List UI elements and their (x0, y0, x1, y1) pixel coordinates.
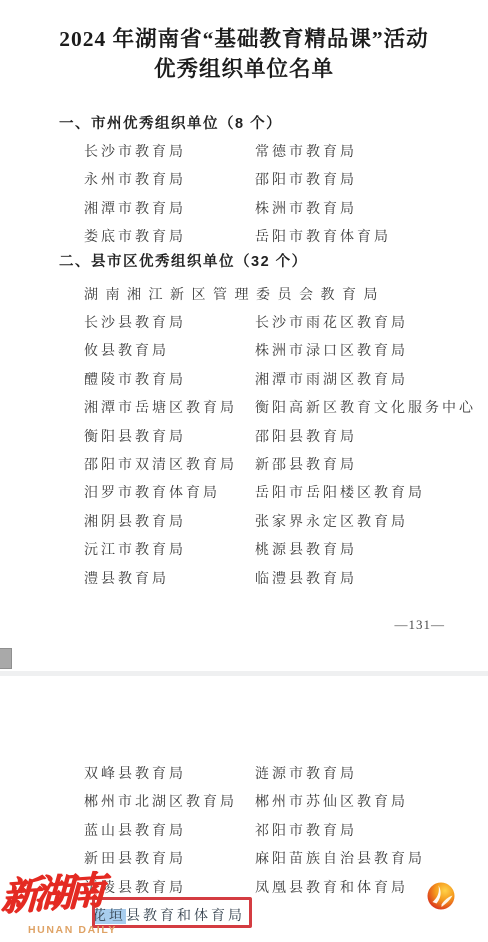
org-row: 郴州市北湖区教育局郴州市苏仙区教育局 (0, 789, 488, 817)
org-name: 醴陵市教育局 (84, 367, 186, 395)
org-name: 桃源县教育局 (255, 537, 357, 565)
hunan-daily-subtext: HUNAN DAILY (28, 924, 117, 936)
org-name: 张家界永定区教育局 (255, 509, 408, 537)
org-name: 湘阴县教育局 (84, 509, 186, 537)
page-number: —131— (395, 617, 446, 633)
org-row: 长沙县教育局长沙市雨花区教育局 (0, 310, 488, 338)
org-row: 湘潭市教育局株洲市教育局 (0, 196, 488, 224)
org-name: 湘潭市岳塘区教育局 (84, 395, 237, 423)
doc-title-line2: 优秀组织单位名单 (154, 57, 334, 81)
org-name: 蓝山县教育局 (84, 818, 186, 846)
org-name: 双峰县教育局 (84, 761, 186, 789)
org-name: 麻阳苗族自治县教育局 (255, 846, 425, 874)
org-row: 醴陵市教育局湘潭市雨湖区教育局 (0, 367, 488, 395)
org-name: 新邵县教育局 (255, 452, 357, 480)
org-row: 湘阴县教育局张家界永定区教育局 (0, 509, 488, 537)
org-row: 衡阳县教育局邵阳县教育局 (0, 424, 488, 452)
org-name: 岳阳市岳阳楼区教育局 (255, 480, 425, 508)
org-row: 双峰县教育局涟源市教育局 (0, 761, 488, 789)
org-name: 凤凰县教育和体育局 (255, 875, 408, 903)
org-name: 汨罗市教育体育局 (84, 480, 220, 508)
org-name: 株洲市教育局 (255, 196, 357, 224)
org-name: 祁阳市教育局 (255, 818, 357, 846)
org-row: 汨罗市教育体育局岳阳市岳阳楼区教育局 (0, 480, 488, 508)
doc-title-line1: 2024 年湖南省“基础教育精品课”活动 (59, 27, 428, 51)
org-name: 邵阳市教育局 (255, 167, 357, 195)
org-name: 湘潭市雨湖区教育局 (255, 367, 408, 395)
org-name: 长沙县教育局 (84, 310, 186, 338)
org-name: 长沙市雨花区教育局 (255, 310, 408, 338)
org-name: 澧县教育局 (84, 566, 169, 594)
org-row: 长沙市教育局常德市教育局 (0, 139, 488, 167)
org-name: 郴州市北湖区教育局 (84, 789, 237, 817)
org-name: 衡阳高新区教育文化服务中心 (255, 395, 476, 423)
org-name: 攸县教育局 (84, 338, 169, 366)
org-row: 湘潭市岳塘区教育局衡阳高新区教育文化服务中心 (0, 395, 488, 423)
doc-title: 2024 年湖南省“基础教育精品课”活动 优秀组织单位名单 (0, 24, 488, 84)
org-row: 沅江市教育局桃源县教育局 (0, 537, 488, 565)
section-2-first-item: 湖南湘江新区管理委员会教育局 (84, 282, 385, 310)
sphere-logo-svg (427, 882, 455, 910)
section-2-heading: 二、县市区优秀组织单位（32 个） (59, 252, 308, 272)
scrollbar-fragment (0, 648, 12, 669)
section-1-heading: 一、市州优秀组织单位（8 个） (59, 114, 282, 134)
org-name: 岳阳市教育体育局 (255, 224, 391, 252)
article-viewer: 2024 年湖南省“基础教育精品课”活动 优秀组织单位名单 一、市州优秀组织单位… (0, 0, 488, 942)
org-name: 娄底市教育局 (84, 224, 186, 252)
org-name: 邵阳市双清区教育局 (84, 452, 237, 480)
org-row: 娄底市教育局岳阳市教育体育局 (0, 224, 488, 252)
document-page-1: 2024 年湖南省“基础教育精品课”活动 优秀组织单位名单 一、市州优秀组织单位… (0, 0, 488, 671)
org-name: 株洲市渌口区教育局 (255, 338, 408, 366)
hunan-daily-logo: 新湖南 HUNAN DAILY (0, 874, 160, 922)
org-row: 澧县教育局临澧县教育局 (0, 566, 488, 594)
org-row: 蓝山县教育局祁阳市教育局 (0, 818, 488, 846)
org-row: 攸县教育局株洲市渌口区教育局 (0, 338, 488, 366)
org-name: 涟源市教育局 (255, 761, 357, 789)
org-name: 临澧县教育局 (255, 566, 357, 594)
org-row: 永州市教育局邵阳市教育局 (0, 167, 488, 195)
org-name: 沅江市教育局 (84, 537, 186, 565)
org-name: 衡阳县教育局 (84, 424, 186, 452)
section-1-list: 长沙市教育局常德市教育局永州市教育局邵阳市教育局湘潭市教育局株洲市教育局娄底市教… (0, 139, 488, 253)
org-name: 长沙市教育局 (84, 139, 186, 167)
hunan-daily-calligraphy-icon: 新湖南 (0, 863, 161, 922)
sphere-logo-icon[interactable] (427, 882, 455, 910)
org-name: 湘潭市教育局 (84, 196, 186, 224)
org-row: 邵阳市双清区教育局新邵县教育局 (0, 452, 488, 480)
section-2-list-part1: 长沙县教育局长沙市雨花区教育局攸县教育局株洲市渌口区教育局醴陵市教育局湘潭市雨湖… (0, 310, 488, 594)
org-name: 邵阳县教育局 (255, 424, 357, 452)
org-name: 永州市教育局 (84, 167, 186, 195)
org-name: 郴州市苏仙区教育局 (255, 789, 408, 817)
org-name: 常德市教育局 (255, 139, 357, 167)
